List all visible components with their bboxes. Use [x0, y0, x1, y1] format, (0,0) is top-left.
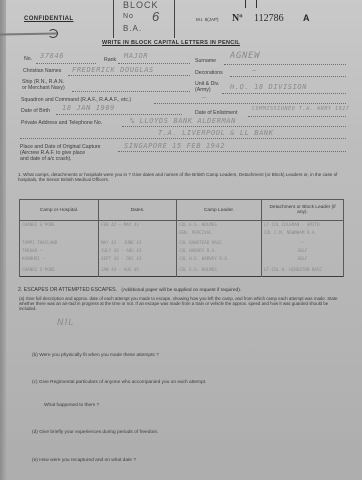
surname-line — [224, 64, 346, 65]
table-row: KANBURI — SEPT 43 - DEC 43 COL H.E. HARV… — [20, 256, 344, 264]
capture-label-3: and date of a/c crash). — [20, 156, 72, 162]
cell-camp[interactable]: CHANGI S'PORE — [20, 221, 99, 231]
col-camp-leader: Camp Leader. — [177, 200, 262, 221]
table-row: GEN. PERCIVAL COL C.M. NEWNHAM R.A. — [20, 230, 344, 238]
address-line-2 — [20, 138, 346, 139]
stamp-line-2: No — [123, 13, 134, 20]
no-label: No. — [24, 56, 32, 62]
table-row: TAMPI THAILAND MAY 43 - JUNE 43 COL BANS… — [20, 238, 344, 248]
cell-leader[interactable]: COL BANSTEAD RASC — [177, 238, 262, 248]
squadron-line — [154, 103, 346, 104]
form-suffix: A — [303, 13, 310, 23]
cell-dates[interactable]: SEPT 43 - DEC 43 — [99, 256, 177, 264]
table-row: CHANGI S'PORE JAN 44 - AUG 45 COL E.G. H… — [20, 264, 344, 277]
section2-note: (Additional paper will be supplied on re… — [121, 288, 241, 293]
col-dates: Dates. — [99, 200, 177, 221]
cell-leader[interactable]: COL H.E. HARVEY R.A. — [177, 256, 262, 264]
answer-a[interactable]: NIL — [57, 318, 74, 328]
cell-dates[interactable]: JAN 44 - AUG 45 — [99, 264, 177, 277]
unit-extra: — — [202, 93, 207, 101]
col-camp: Camp or Hospital. — [20, 200, 99, 221]
surname-label: Surname — [195, 58, 216, 64]
ship-label-2: or Merchant Navy) — [22, 85, 65, 91]
cell-camp[interactable]: TARSAO — — [20, 248, 99, 256]
enlistment-label: Date of Enlistment — [195, 110, 237, 116]
ship-line — [72, 91, 190, 92]
block-stamp: BLOCK No B.A. 6 — [113, 0, 175, 38]
capture-value[interactable]: SINGAPORE 15 FEB 1942 — [124, 142, 225, 150]
stamp-mark — [245, 0, 246, 8]
section2-title: 2. ESCAPES OR ATTEMPTED ESCAPES. (Additi… — [18, 287, 241, 293]
cell-leader[interactable]: COL E.G. HOLMES — [177, 221, 262, 231]
no-line — [36, 63, 96, 64]
squadron-label: Squadron and Command (R.A.F., R.A.A.F., … — [21, 97, 131, 103]
question-c: (c) Give Regimental particulars of anyon… — [32, 380, 206, 385]
christian-names-label: Christian Names — [23, 68, 61, 74]
cell-dates[interactable]: FEB 42 — MAY 43 — [99, 221, 177, 231]
question-c2: What happened to them ? — [44, 403, 99, 408]
stamp-number: 6 — [152, 9, 160, 24]
unit-value[interactable]: H.Q. 18 DIVISION — [230, 83, 307, 91]
dob-line — [56, 114, 182, 115]
decorations-value[interactable]: — — [252, 66, 257, 74]
cell-block-leader[interactable]: LT-COL H. HINGSTON RASC — [262, 264, 344, 277]
cell-block-leader[interactable]: SELF — [262, 256, 344, 264]
decorations-line — [230, 76, 346, 77]
capture-line — [118, 151, 346, 152]
stamp-mark — [256, 0, 257, 8]
question-d: (d) Give briefly your experiences during… — [32, 430, 158, 435]
decorations-label: Decorations — [195, 70, 223, 76]
cell-block-leader[interactable]: COL C.M. NEWNHAM R.A. — [262, 230, 344, 238]
section1-question: 1. What camps, detachments or hospitals … — [18, 172, 348, 183]
cell-block-leader[interactable]: SELF — [262, 248, 344, 256]
number-label: Nº — [232, 13, 243, 24]
unit-line — [222, 93, 346, 94]
cell-block-leader[interactable]: — — [262, 238, 344, 248]
cell-camp[interactable]: KANBURI — — [20, 256, 99, 264]
cell-block-leader[interactable]: LT-COL COLEMAN - SMITH — [262, 221, 344, 231]
no-value[interactable]: 37846 — [40, 52, 64, 60]
rank-label: Rank — [104, 57, 116, 63]
dob-value[interactable]: 18 JAN 1909 — [62, 104, 115, 112]
surname-value[interactable]: AGNEW — [230, 51, 260, 61]
dob-label: Date of Birth — [21, 108, 50, 114]
address-label: Private Address and Telephone No. — [21, 120, 102, 126]
address-line-1 — [122, 126, 346, 127]
stamp-line-3: B.A. — [123, 24, 142, 33]
question-e: (e) How were you recaptured and on what … — [32, 458, 136, 463]
cell-camp[interactable]: CHANGI S'PORE — [20, 264, 99, 277]
question-b: (b) Were you physically fit when you mad… — [32, 353, 159, 358]
table-row: TARSAO — JULY 43 - AUG 43 COL HARVEY R.A… — [20, 248, 344, 256]
form-number: 112786 — [254, 13, 284, 24]
rank-line — [118, 63, 190, 64]
cell-leader[interactable]: GEN. PERCIVAL — [177, 230, 262, 238]
cell-leader[interactable]: COL HARVEY R.A. — [177, 248, 262, 256]
christian-names-value[interactable]: FREDERICK DOUGLAS — [72, 66, 154, 74]
christian-names-line — [68, 75, 190, 76]
confidential-label: CONFIDENTIAL — [24, 16, 73, 22]
cell-camp[interactable]: TAMPI THAILAND — [20, 238, 99, 248]
cell-camp[interactable] — [20, 230, 99, 238]
cell-dates[interactable]: JULY 43 - AUG 43 — [99, 248, 177, 256]
cell-dates[interactable] — [99, 230, 177, 238]
form-code: M.I. 9(JAP) — [196, 17, 219, 22]
col-detachment-leader: Detachment or Block Leader (if any). — [262, 200, 344, 221]
enlistment-value[interactable]: COMMISSIONED T.A. ARMY 1927 — [252, 106, 349, 112]
enlistment-line — [248, 116, 346, 117]
question-a: (a) Give full description and approx. da… — [19, 296, 347, 311]
camps-table: Camp or Hospital. Dates. Camp Leader. De… — [19, 199, 344, 277]
rank-value[interactable]: MAJOR — [124, 52, 148, 60]
cell-dates[interactable]: MAY 43 - JUNE 43 — [99, 238, 177, 248]
address-value-2[interactable]: T.A. LIVERPOOL & LL BANK — [158, 129, 274, 137]
table-row: CHANGI S'PORE FEB 42 — MAY 43 COL E.G. H… — [20, 221, 344, 231]
tag-ring — [48, 29, 58, 38]
section2-heading: 2. ESCAPES OR ATTEMPTED ESCAPES. — [18, 287, 117, 293]
cell-leader[interactable]: COL E.G. HOLMES — [177, 264, 262, 277]
address-value-1[interactable]: % LLOYDS BANK ALDERMAN — [130, 117, 236, 125]
instruction-heading: WRITE IN BLOCK CAPITAL LETTERS IN PENCIL — [102, 40, 240, 46]
